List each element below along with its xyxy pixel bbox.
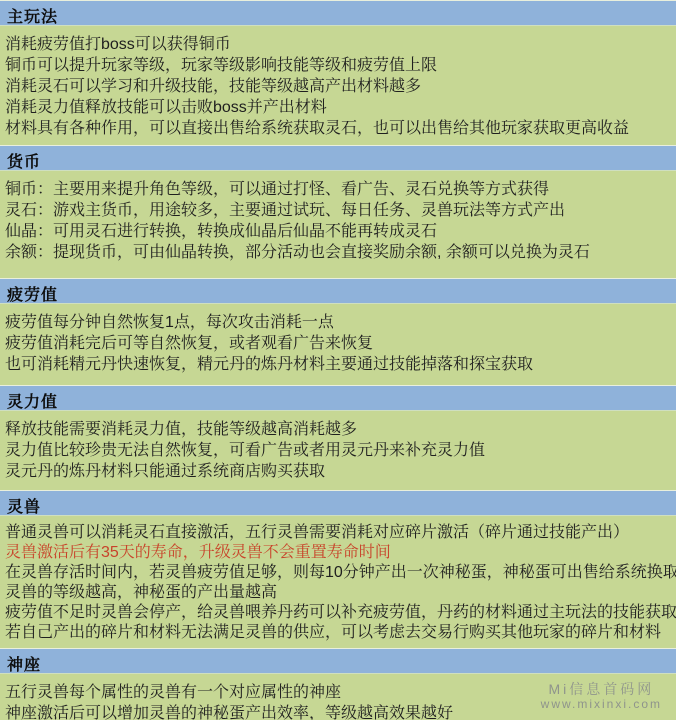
guide-line: 灵元丹的炼丹材料只能通过系统商店购买获取 [5, 461, 676, 482]
section-body-currency: 铜币：主要用来提升角色等级，可以通过打怪、看广告、灵石兑换等方式获得 灵石：游戏… [0, 171, 676, 263]
guide-line: 疲劳值消耗完后可等自然恢复，或者观看广告来恢复 [5, 333, 676, 354]
guide-line: 仙晶：可用灵石进行转换，转换成仙晶后仙晶不能再转成灵石 [5, 221, 676, 242]
section-header-spirit-power: 灵力值 [0, 385, 676, 411]
section-main-gameplay: 主玩法 消耗疲劳值打boss可以获得铜币 铜币可以提升玩家等级，玩家等级影响技能… [0, 0, 676, 139]
section-header-fatigue: 疲劳值 [0, 278, 676, 304]
section-title: 灵力值 [7, 394, 58, 411]
guide-line: 消耗灵石可以学习和升级技能，技能等级越高产出材料越多 [5, 76, 676, 97]
section-title: 灵兽 [7, 499, 41, 516]
guide-line: 释放技能需要消耗灵力值，技能等级越高消耗越多 [5, 419, 676, 440]
watermark: Mi信息首码网 www.mixinxi.com [541, 682, 662, 712]
section-fatigue: 疲劳值 疲劳值每分钟自然恢复1点，每次攻击消耗一点 疲劳值消耗完后可等自然恢复，… [0, 278, 676, 375]
section-title: 货币 [7, 154, 41, 171]
section-title: 主玩法 [7, 9, 58, 26]
guide-line: 灵力值比较珍贵无法自然恢复，可看广告或者用灵元丹来补充灵力值 [5, 440, 676, 461]
guide-line: 余额：提现货币，可由仙晶转换，部分活动也会直接奖励余额, 余额可以兑换为灵石 [5, 242, 676, 263]
section-body-spirit-power: 释放技能需要消耗灵力值，技能等级越高消耗越多 灵力值比较珍贵无法自然恢复，可看广… [0, 411, 676, 482]
section-title: 疲劳值 [7, 287, 58, 304]
section-header-spirit-beast: 灵兽 [0, 490, 676, 516]
guide-line: 铜币可以提升玩家等级，玩家等级影响技能等级和疲劳值上限 [5, 55, 676, 76]
section-header-main-gameplay: 主玩法 [0, 0, 676, 26]
guide-line: 普通灵兽可以消耗灵石直接激活，五行灵兽需要消耗对应碎片激活（碎片通过技能产出） [5, 523, 676, 543]
section-body-fatigue: 疲劳值每分钟自然恢复1点，每次攻击消耗一点 疲劳值消耗完后可等自然恢复，或者观看… [0, 304, 676, 375]
section-spirit-beast: 灵兽 普通灵兽可以消耗灵石直接激活，五行灵兽需要消耗对应碎片激活（碎片通过技能产… [0, 490, 676, 643]
guide-line: 消耗灵力值释放技能可以击败boss并产出材料 [5, 97, 676, 118]
section-header-god-throne: 神座 [0, 648, 676, 674]
guide-line: 在灵兽存活时间内，若灵兽疲劳值足够，则每10分钟产出一次神秘蛋，神秘蛋可出售给系… [5, 563, 676, 583]
section-currency: 货币 铜币：主要用来提升角色等级，可以通过打怪、看广告、灵石兑换等方式获得 灵石… [0, 145, 676, 263]
guide-document: 主玩法 消耗疲劳值打boss可以获得铜币 铜币可以提升玩家等级，玩家等级影响技能… [0, 0, 676, 720]
guide-line: 铜币：主要用来提升角色等级，可以通过打怪、看广告、灵石兑换等方式获得 [5, 179, 676, 200]
guide-line: 若自己产出的碎片和材料无法满足灵兽的供应，可以考虑去交易行购买其他玩家的碎片和材… [5, 623, 676, 643]
section-header-currency: 货币 [0, 145, 676, 171]
guide-line: 灵石：游戏主货币，用途较多，主要通过试玩、每日任务、灵兽玩法等方式产出 [5, 200, 676, 221]
guide-line: 疲劳值每分钟自然恢复1点，每次攻击消耗一点 [5, 312, 676, 333]
section-body-spirit-beast: 普通灵兽可以消耗灵石直接激活，五行灵兽需要消耗对应碎片激活（碎片通过技能产出） … [0, 516, 676, 643]
section-title: 神座 [7, 657, 41, 674]
watermark-site-name: Mi信息首码网 [541, 682, 662, 697]
section-body-main-gameplay: 消耗疲劳值打boss可以获得铜币 铜币可以提升玩家等级，玩家等级影响技能等级和疲… [0, 26, 676, 139]
section-spirit-power: 灵力值 释放技能需要消耗灵力值，技能等级越高消耗越多 灵力值比较珍贵无法自然恢复… [0, 385, 676, 482]
guide-line: 也可消耗精元丹快速恢复，精元丹的炼丹材料主要通过技能掉落和探宝获取 [5, 354, 676, 375]
guide-line: 材料具有各种作用，可以直接出售给系统获取灵石，也可以出售给其他玩家获取更高收益 [5, 118, 676, 139]
watermark-site-url: www.mixinxi.com [541, 697, 662, 712]
guide-line: 疲劳值不足时灵兽会停产，给灵兽喂养丹药可以补充疲劳值，丹药的材料通过主玩法的技能… [5, 603, 676, 623]
guide-line: 灵兽的等级越高，神秘蛋的产出量越高 [5, 583, 676, 603]
guide-line: 消耗疲劳值打boss可以获得铜币 [5, 34, 676, 55]
guide-line-highlight: 灵兽激活后有35天的寿命，升级灵兽不会重置寿命时间 [5, 543, 676, 563]
